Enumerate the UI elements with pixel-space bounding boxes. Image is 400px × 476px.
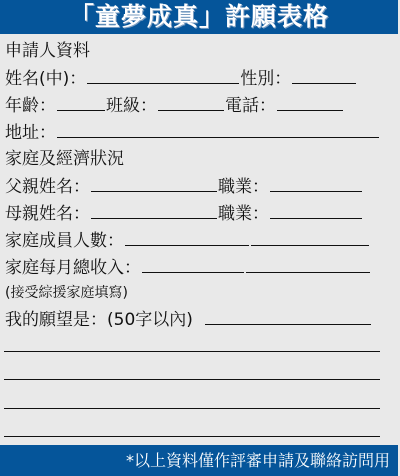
father-name-label: 父親姓名：: [5, 177, 90, 197]
father-job-label: 職業：: [218, 177, 269, 197]
mother-job-field[interactable]: [270, 200, 362, 219]
name-field[interactable]: [87, 65, 239, 84]
mother-job-label: 職業：: [218, 204, 269, 224]
wish-line-2[interactable]: [4, 351, 380, 352]
row-wish: 我的願望是：(50字以內): [5, 306, 372, 332]
row-father: 父親姓名：職業：: [5, 173, 363, 199]
name-label: 姓名(中)：: [5, 69, 86, 89]
class-field[interactable]: [158, 92, 224, 111]
row-mother: 母親姓名：職業：: [5, 200, 363, 226]
phone-label: 電話：: [225, 96, 276, 116]
row-age-class-phone: 年齡：班級：電話：: [5, 92, 344, 118]
row-address: 地址：: [5, 119, 380, 145]
row-income: 家庭每月總收入：: [5, 254, 371, 280]
members-field-2[interactable]: [251, 227, 369, 246]
wish-label: 我的願望是：(50字以內): [5, 310, 193, 330]
address-label: 地址：: [5, 123, 56, 143]
wish-line-4[interactable]: [4, 408, 380, 409]
gender-label: 性別：: [240, 69, 291, 89]
row-members: 家庭成員人數：: [5, 227, 370, 253]
class-label: 班級：: [106, 96, 157, 116]
mother-name-label: 母親姓名：: [5, 204, 90, 224]
wish-line-5[interactable]: [4, 436, 380, 437]
members-field-1[interactable]: [125, 227, 249, 246]
gender-field[interactable]: [292, 65, 356, 84]
father-name-field[interactable]: [91, 173, 217, 192]
form-title-banner: 「童夢成真」許願表格: [0, 0, 398, 34]
wish-field-first-line[interactable]: [205, 306, 371, 325]
section-title-applicant: 申請人資料: [5, 38, 90, 64]
mother-name-field[interactable]: [91, 200, 217, 219]
section-title-family: 家庭及經濟狀況: [5, 146, 124, 172]
father-job-field[interactable]: [270, 173, 362, 192]
age-label: 年齡：: [5, 96, 56, 116]
income-field-1[interactable]: [142, 254, 244, 273]
footer-banner: *以上資料僅作評審申請及聯絡訪問用: [0, 445, 398, 476]
form-body: 申請人資料 姓名(中)：性別： 年齡：班級：電話： 地址： 家庭及經濟狀況 父親…: [0, 34, 398, 445]
form-title: 「童夢成真」許願表格: [69, 2, 329, 31]
wish-line-3[interactable]: [4, 379, 380, 380]
row-name-gender: 姓名(中)：性別：: [5, 65, 357, 91]
address-field[interactable]: [57, 119, 379, 138]
members-label: 家庭成員人數：: [5, 231, 124, 251]
phone-field[interactable]: [277, 92, 343, 111]
income-field-2[interactable]: [246, 254, 370, 273]
privacy-note: *以上資料僅作評審申請及聯絡訪問用: [126, 451, 398, 470]
income-label: 家庭每月總收入：: [5, 258, 141, 278]
age-field[interactable]: [57, 92, 105, 111]
cssa-note: (接受綜援家庭填寫): [5, 280, 128, 306]
